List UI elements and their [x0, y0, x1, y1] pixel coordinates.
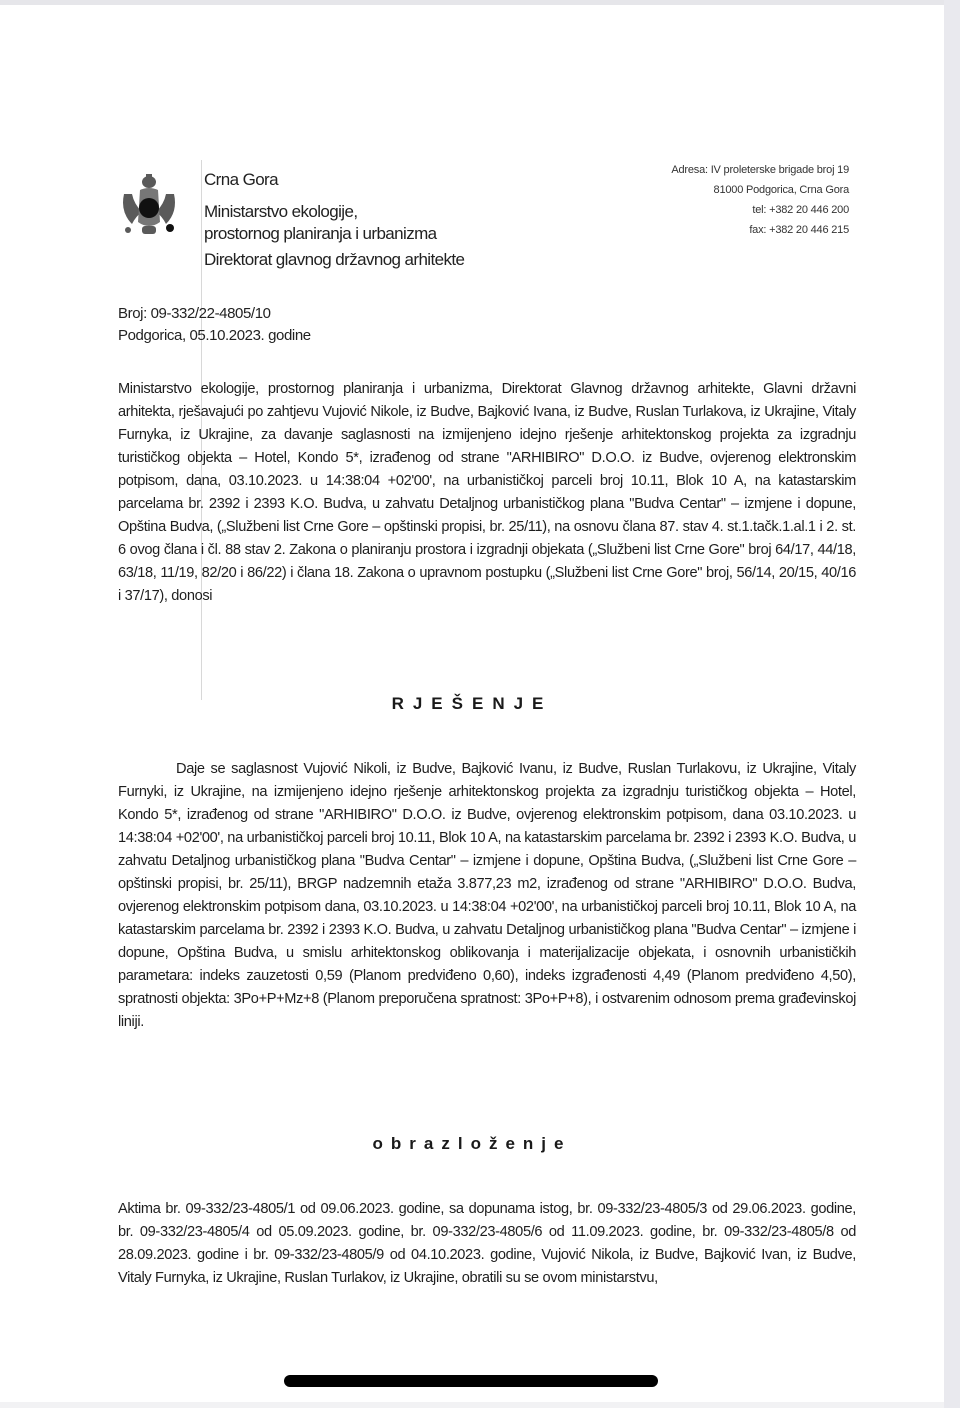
bottom-strip: [0, 1402, 944, 1408]
address-block: Adresa: IV proleterske brigade broj 19 8…: [671, 160, 849, 240]
intro-paragraph: Ministarstvo ekologije, prostornog plani…: [118, 378, 856, 608]
address-city: 81000 Podgorica, Crna Gora: [671, 180, 849, 200]
decision-heading: RJEŠENJE: [0, 694, 944, 714]
ministry-name-line1: Ministarstvo ekologije,: [204, 201, 437, 223]
reasoning-paragraph: Aktima br. 09-332/23-4805/1 od 09.06.202…: [118, 1198, 856, 1290]
ministry-name: Ministarstvo ekologije, prostornog plani…: [204, 201, 437, 245]
montenegro-coat-of-arms-icon: [118, 172, 180, 242]
decision-paragraph: Daje se saglasnost Vujović Nikoli, iz Bu…: [118, 758, 856, 1034]
address-tel: tel: +382 20 446 200: [671, 200, 849, 220]
country-name: Crna Gora: [204, 170, 278, 190]
reference-number: Broj: 09-332/22-4805/10: [118, 305, 271, 322]
ministry-name-line2: prostornog planiranja i urbanizma: [204, 223, 437, 245]
address-fax: fax: +382 20 446 215: [671, 220, 849, 240]
document-page: Crna Gora Ministarstvo ekologije, prosto…: [0, 0, 944, 1408]
directorate-name: Direktorat glavnog državnog arhitekte: [204, 250, 464, 270]
address-street: Adresa: IV proleterske brigade broj 19: [671, 160, 849, 180]
scanned-document: Crna Gora Ministarstvo ekologije, prosto…: [0, 0, 944, 1408]
home-indicator-bar[interactable]: [284, 1375, 658, 1387]
place-and-date: Podgorica, 05.10.2023. godine: [118, 327, 311, 344]
reasoning-heading: obrazloženje: [0, 1134, 944, 1154]
scrollbar-track[interactable]: [944, 0, 960, 1408]
